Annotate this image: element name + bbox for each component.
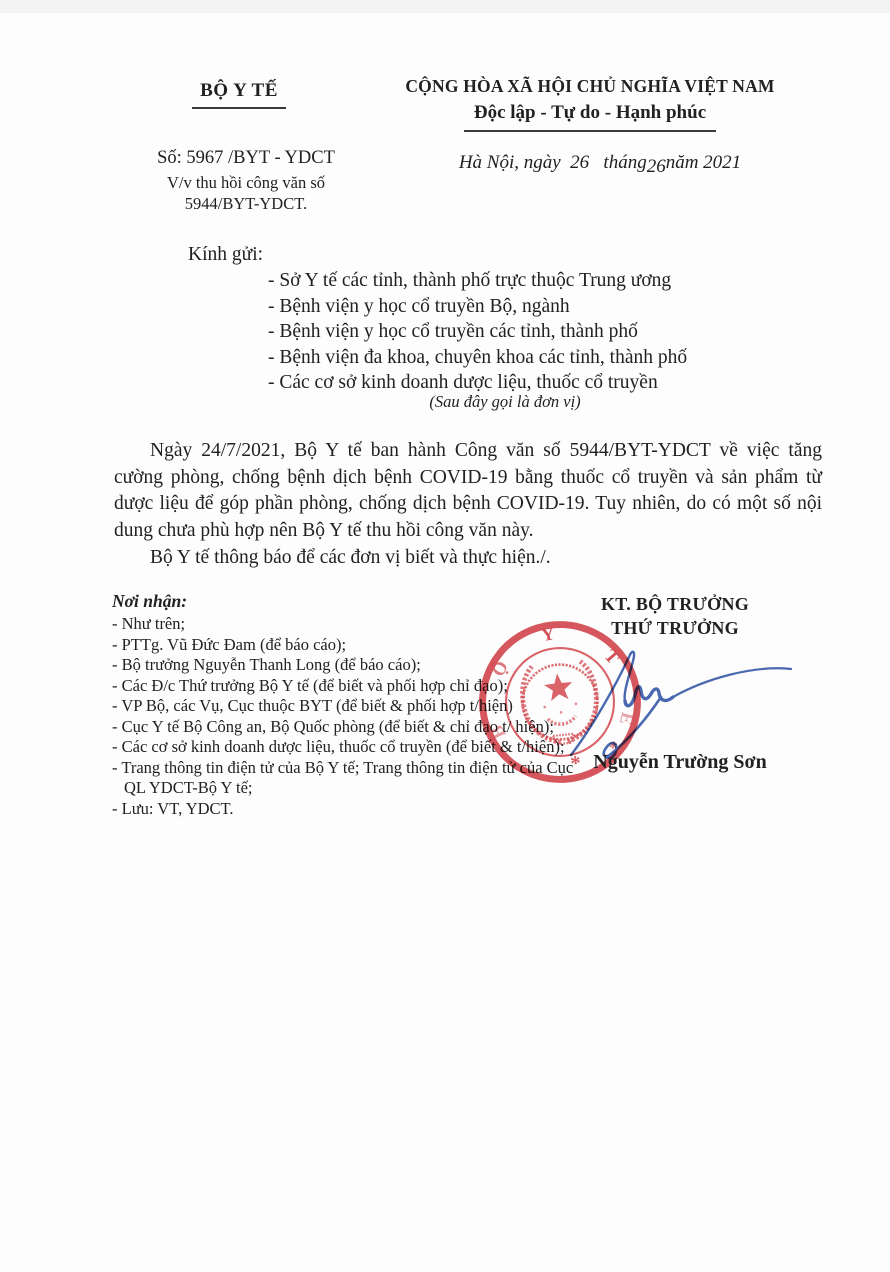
reference-block: Số: 5967 /BYT - YDCT V/v thu hồi công vă… xyxy=(118,148,374,214)
body-paragraph-2: Bộ Y tế thông báo để các đơn vị biết và … xyxy=(114,545,822,572)
subject-line-1: V/v thu hồi công văn số xyxy=(118,172,374,193)
recipient-item: - Bệnh viện y học cổ truyền Bộ, ngành xyxy=(268,294,687,320)
scan-edge-strip xyxy=(0,0,890,13)
document-page: BỘ Y TẾ CỘNG HÒA XÃ HỘI CHỦ NGHĨA VIỆT N… xyxy=(0,0,890,1272)
date-prefix: Hà Nội, ngày 26 tháng xyxy=(459,152,647,173)
national-header-block: CỘNG HÒA XÃ HỘI CHỦ NGHĨA VIỆT NAM Độc l… xyxy=(378,76,802,132)
signer-title-line-1: KT. BỘ TRƯỞNG xyxy=(540,592,810,616)
place-date-line: Hà Nội, ngày 26 tháng26năm 2021 xyxy=(420,152,780,174)
national-title: CỘNG HÒA XÃ HỘI CHỦ NGHĨA VIỆT NAM xyxy=(378,76,802,97)
recipient-list: - Sở Y tế các tỉnh, thành phố trực thuộc… xyxy=(268,268,687,396)
subject-line-2: 5944/BYT-YDCT. xyxy=(118,193,374,214)
recipient-item: - Bệnh viện đa khoa, chuyên khoa các tỉn… xyxy=(268,345,687,371)
document-number: Số: 5967 /BYT - YDCT xyxy=(118,148,374,169)
recipient-note: (Sau đây gọi là đơn vị) xyxy=(300,392,710,412)
signature-stroke-icon xyxy=(545,633,800,763)
signer-name: Nguyễn Trường Sơn xyxy=(552,751,808,774)
distribution-label: Nơi nhận: xyxy=(112,591,590,612)
distribution-item: - Lưu: VT, YDCT. xyxy=(112,799,590,820)
recipient-item: - Sở Y tế các tỉnh, thành phố trực thuộc… xyxy=(268,268,687,294)
issuing-org-name: BỘ Y TẾ xyxy=(192,80,286,109)
stamp-letter: B xyxy=(486,722,509,742)
document-subject: V/v thu hồi công văn số 5944/BYT-YDCT. xyxy=(118,172,374,214)
salutation-label: Kính gửi: xyxy=(188,244,263,266)
body-text: Ngày 24/7/2021, Bộ Y tế ban hành Công vă… xyxy=(114,438,822,572)
issuing-org-block: BỘ Y TẾ xyxy=(128,80,350,109)
date-suffix: năm 2021 xyxy=(666,152,741,173)
recipient-item: - Bệnh viện y học cổ truyền các tỉnh, th… xyxy=(268,319,687,345)
body-paragraph-1: Ngày 24/7/2021, Bộ Y tế ban hành Công vă… xyxy=(114,438,822,544)
date-month: 26 xyxy=(647,156,666,177)
national-motto: Độc lập - Tự do - Hạnh phúc xyxy=(464,102,716,132)
